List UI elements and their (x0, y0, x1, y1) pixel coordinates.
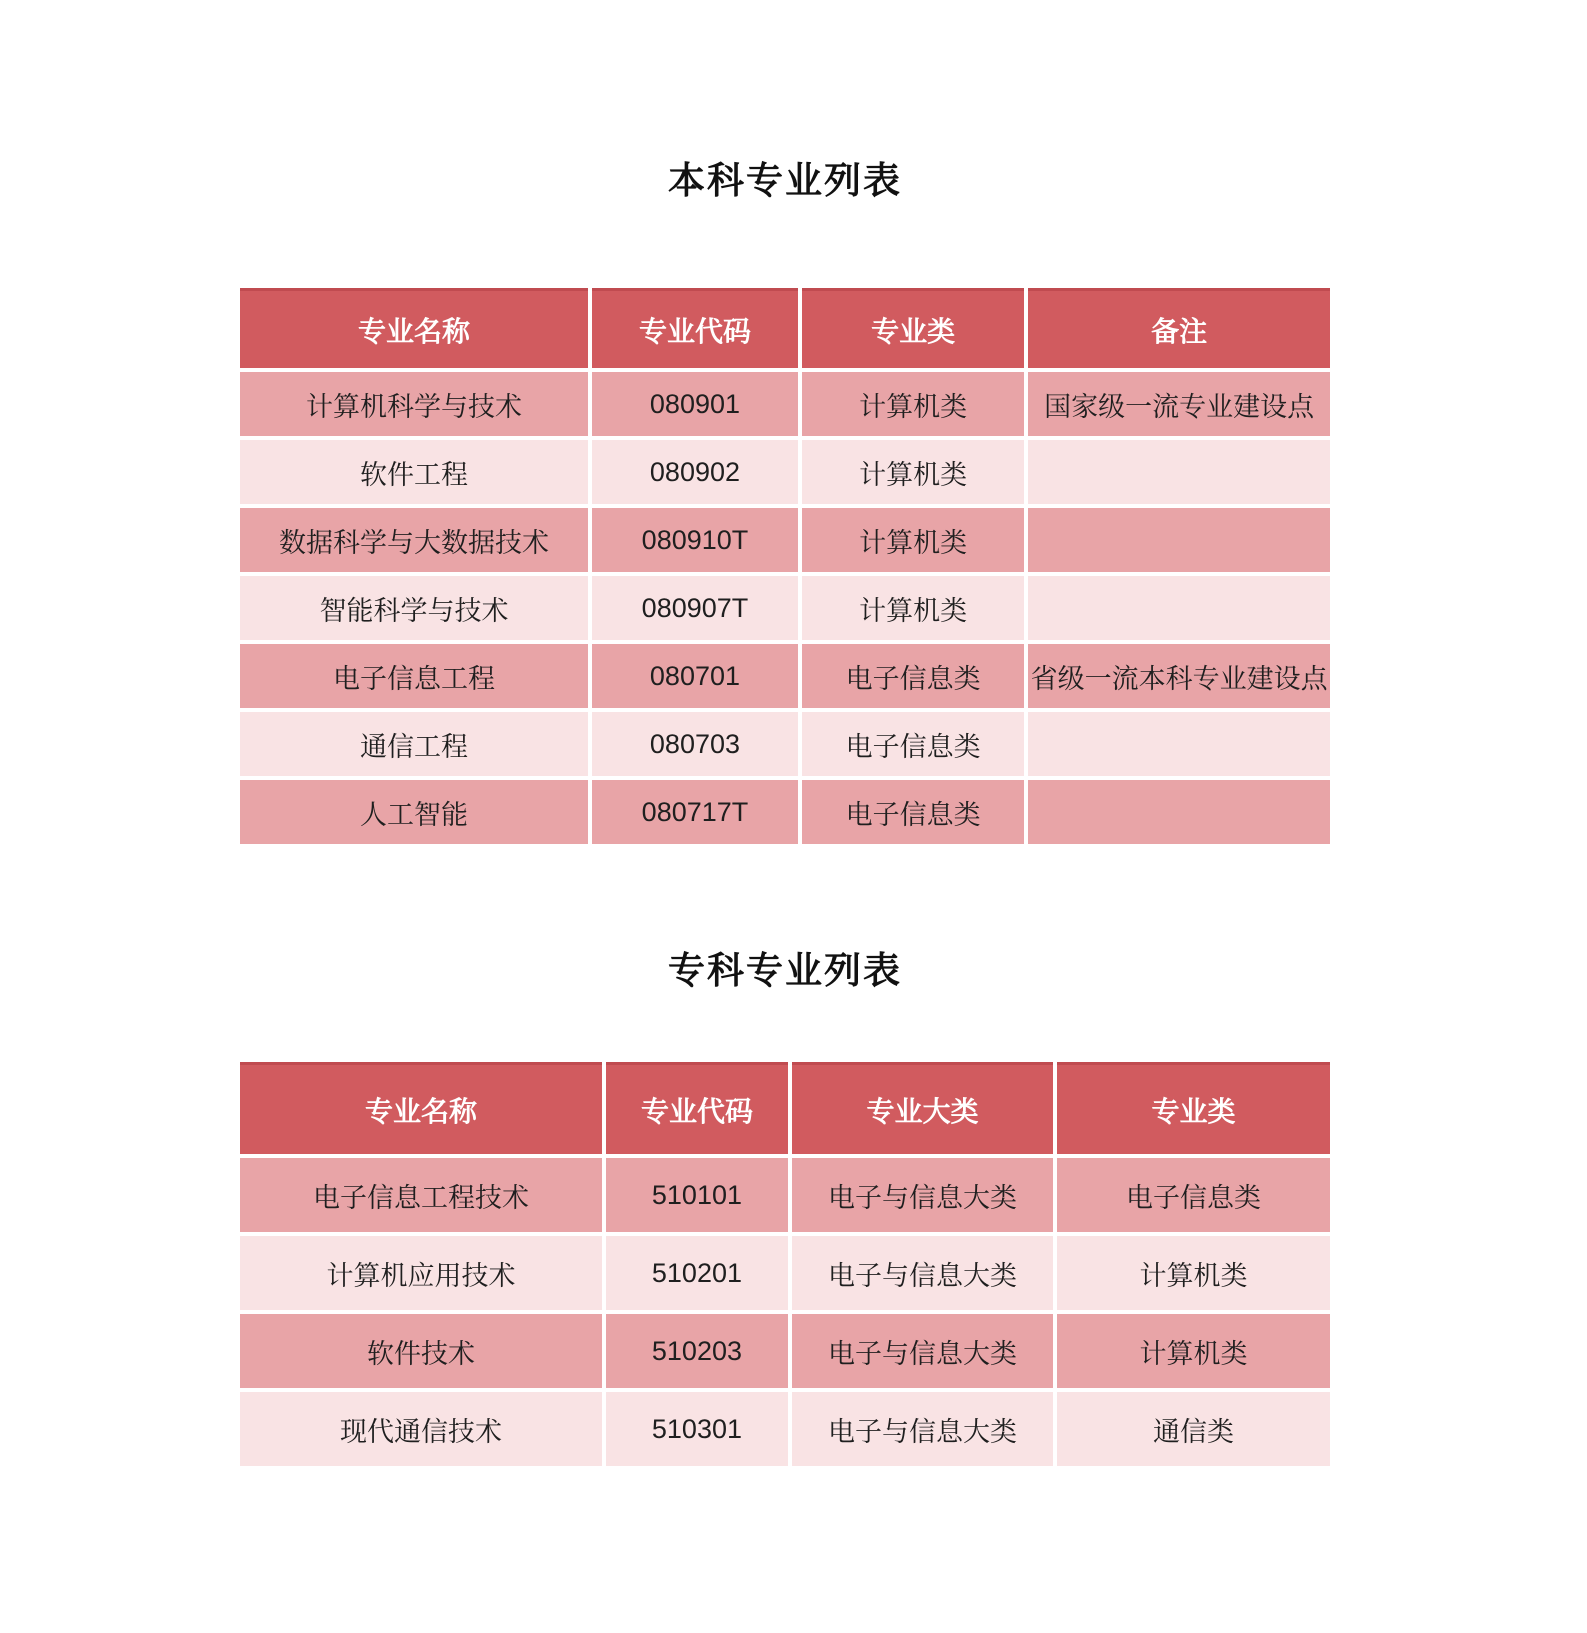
table-cell: 080717T (592, 780, 798, 844)
college-majors-table: 专业名称 专业代码 专业大类 专业类 电子信息工程技术 510101 电子与信息… (240, 1062, 1330, 1466)
table-cell: 080901 (592, 372, 798, 436)
undergraduate-section-title: 本科专业列表 (240, 150, 1330, 204)
undergraduate-majors-table: 专业名称 专业代码 专业类 备注 计算机科学与技术 080901 计算机类 国家… (240, 288, 1330, 844)
table-cell: 人工智能 (240, 780, 588, 844)
table-cell: 510201 (606, 1236, 788, 1310)
table-cell: 电子信息工程 (240, 644, 588, 708)
table-cell: 软件工程 (240, 440, 588, 504)
table-cell: 080910T (592, 508, 798, 572)
table-cell: 计算机类 (1057, 1236, 1330, 1310)
table-cell: 省级一流本科专业建设点 (1028, 644, 1330, 708)
header-cell-major-code: 专业代码 (606, 1062, 788, 1154)
table-cell: 电子与信息大类 (792, 1314, 1053, 1388)
table-cell: 计算机类 (1057, 1314, 1330, 1388)
table-cell (1028, 576, 1330, 640)
table-cell: 计算机类 (802, 576, 1025, 640)
table-cell: 计算机科学与技术 (240, 372, 588, 436)
table-cell: 电子与信息大类 (792, 1158, 1053, 1232)
header-cell-major-name: 专业名称 (240, 1062, 602, 1154)
table-cell (1028, 508, 1330, 572)
table-cell: 计算机类 (802, 440, 1025, 504)
table-cell: 计算机类 (802, 508, 1025, 572)
table-cell: 510203 (606, 1314, 788, 1388)
table-cell: 现代通信技术 (240, 1392, 602, 1466)
table-cell (1028, 780, 1330, 844)
header-cell-major-name: 专业名称 (240, 288, 588, 368)
document-page: 本科专业列表 专业名称 专业代码 专业类 备注 计算机科学与技术 080901 … (0, 0, 1587, 1633)
table-cell: 080703 (592, 712, 798, 776)
table-cell: 080902 (592, 440, 798, 504)
table-cell: 电子信息工程技术 (240, 1158, 602, 1232)
table-cell: 080907T (592, 576, 798, 640)
table-cell: 通信工程 (240, 712, 588, 776)
header-cell-major-code: 专业代码 (592, 288, 798, 368)
college-section-title: 专科专业列表 (240, 940, 1330, 994)
table-cell: 计算机类 (802, 372, 1025, 436)
table-cell: 电子与信息大类 (792, 1392, 1053, 1466)
table-cell: 智能科学与技术 (240, 576, 588, 640)
header-cell-major-big-category: 专业大类 (792, 1062, 1053, 1154)
table-cell: 电子信息类 (802, 780, 1025, 844)
table-cell: 510101 (606, 1158, 788, 1232)
table-cell (1028, 440, 1330, 504)
table-cell: 通信类 (1057, 1392, 1330, 1466)
table-cell: 软件技术 (240, 1314, 602, 1388)
table-cell: 国家级一流专业建设点 (1028, 372, 1330, 436)
table-cell (1028, 712, 1330, 776)
table-cell: 电子与信息大类 (792, 1236, 1053, 1310)
table-cell: 电子信息类 (802, 712, 1025, 776)
header-cell-major-category: 专业类 (1057, 1062, 1330, 1154)
table-cell: 电子信息类 (1057, 1158, 1330, 1232)
table-cell: 电子信息类 (802, 644, 1025, 708)
table-cell: 数据科学与大数据技术 (240, 508, 588, 572)
table-cell: 080701 (592, 644, 798, 708)
table-cell: 510301 (606, 1392, 788, 1466)
table-cell: 计算机应用技术 (240, 1236, 602, 1310)
header-cell-remark: 备注 (1028, 288, 1330, 368)
header-cell-major-category: 专业类 (802, 288, 1025, 368)
